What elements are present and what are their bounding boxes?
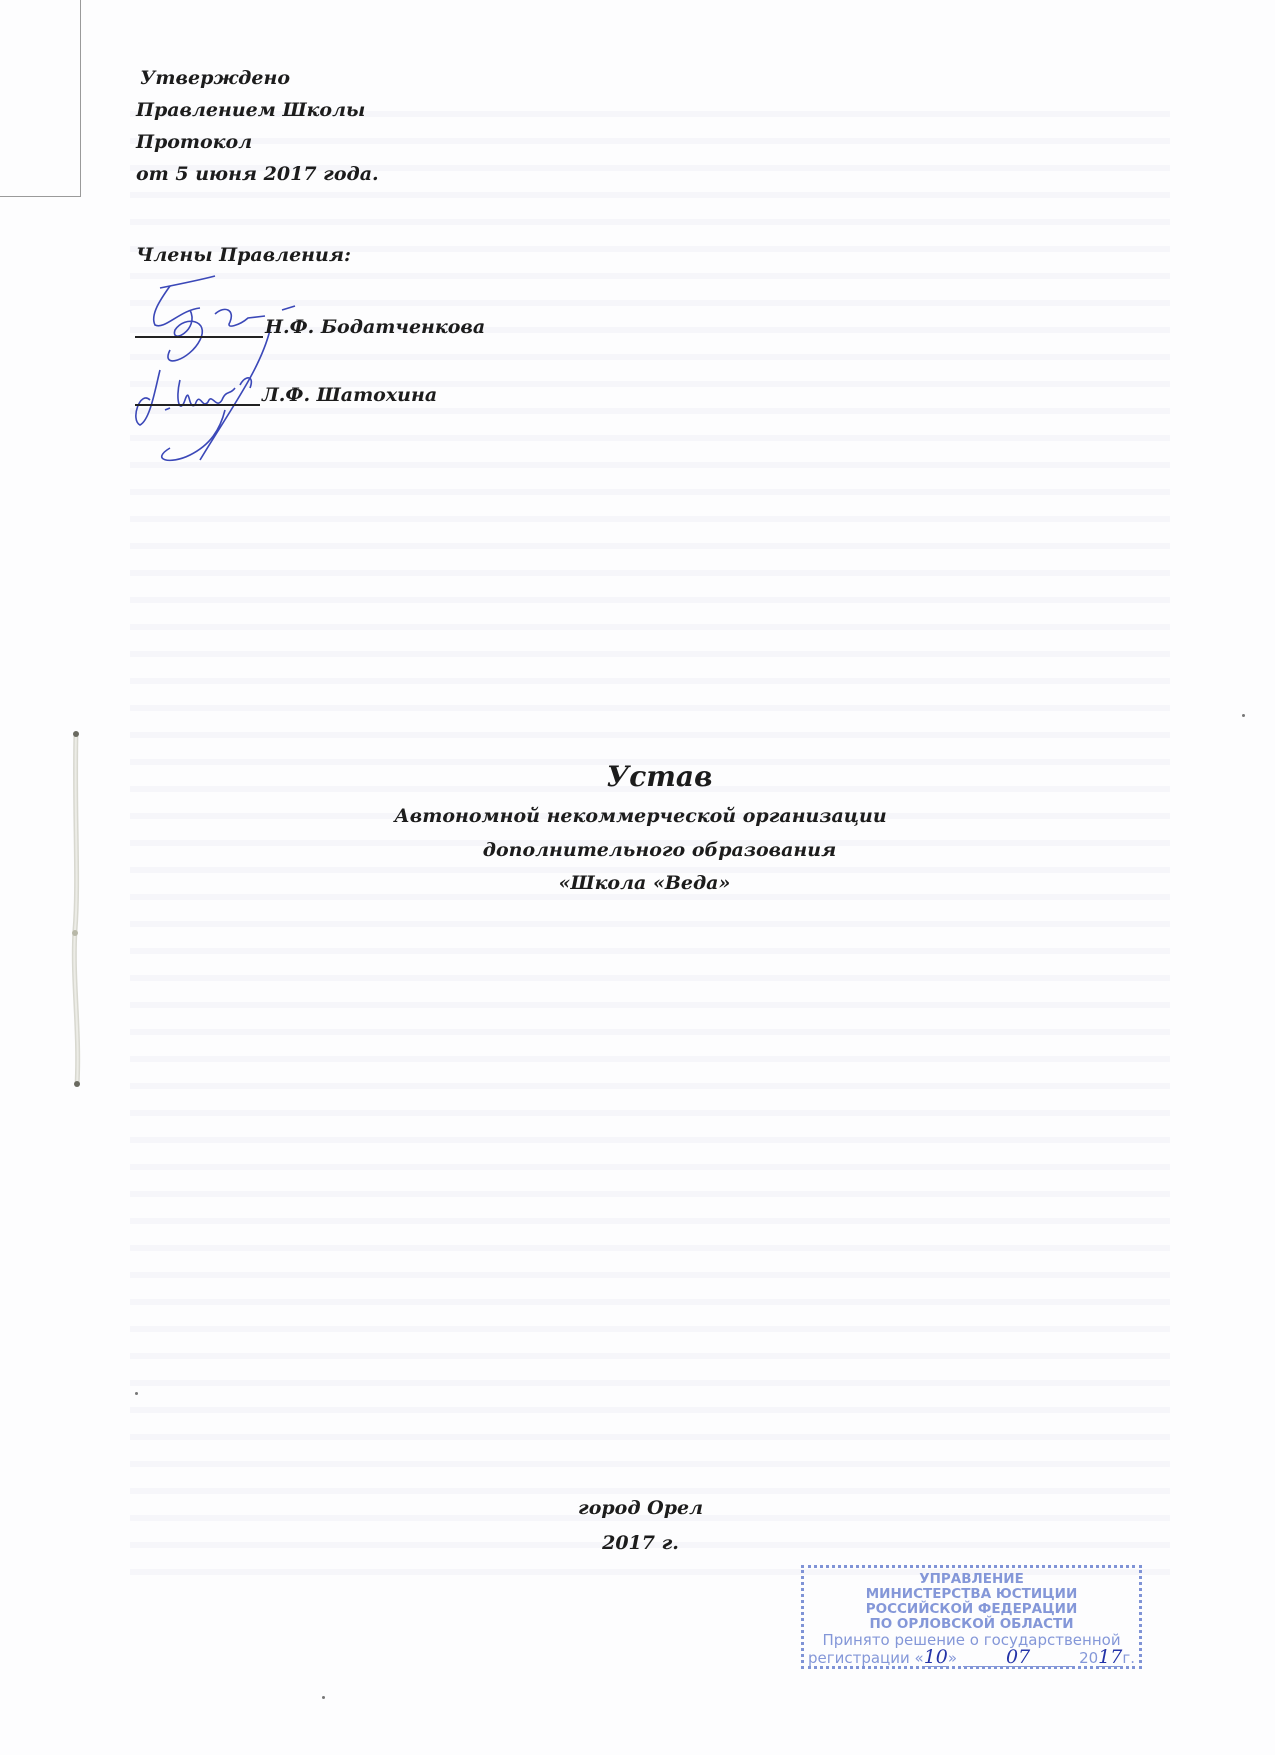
signature-line <box>135 314 263 338</box>
stamp-reg-prefix: регистрации « <box>808 1650 924 1667</box>
stamp-reg-end: г. <box>1122 1650 1135 1667</box>
document-subtitle-school-name: «Школа «Веда» <box>7 872 1275 894</box>
stamp-reg-mid: » <box>948 1650 957 1667</box>
stamp-line: МИНИСТЕРСТВА ЮСТИЦИИ <box>804 1587 1139 1602</box>
handwritten-day: 10 <box>924 1649 948 1667</box>
handwritten-signatures <box>130 270 350 470</box>
approval-body: Правлением Школы <box>136 94 379 126</box>
handwritten-year: 17 <box>1098 1649 1122 1667</box>
scan-speck <box>322 1696 325 1699</box>
scan-speck <box>135 1392 138 1395</box>
approval-date: от 5 июня 2017 года. <box>136 158 379 190</box>
stamp-decision-line: Принято решение о государственной <box>804 1632 1139 1649</box>
board-members-title: Члены Правления: <box>136 244 351 266</box>
corner-scan-edge <box>0 0 81 197</box>
registration-stamp: УПРАВЛЕНИЕ МИНИСТЕРСТВА ЮСТИЦИИ РОССИЙСК… <box>801 1565 1142 1669</box>
city-label: город Орел <box>3 1497 1275 1519</box>
stamp-year-prefix: 20 <box>1079 1650 1098 1667</box>
signer-name: Л.Ф. Шатохина <box>262 384 437 406</box>
signature-line <box>135 382 260 406</box>
signer-row: Н.Ф. Бодатченкова <box>135 314 485 338</box>
stamp-line: ПО ОРЛОВСКОЙ ОБЛАСТИ <box>804 1617 1139 1632</box>
document-subtitle-org-type: Автономной некоммерческой организации <box>3 805 1275 827</box>
handwritten-month: 07 <box>963 1649 1073 1667</box>
document-title: Устав <box>22 760 1275 793</box>
stamp-registration-date: регистрации « 10 » 07 20 17 г. <box>804 1649 1139 1667</box>
approval-block: Утверждено Правлением Школы Протокол от … <box>136 62 379 190</box>
approval-title: Утверждено <box>136 62 379 94</box>
stamp-line: УПРАВЛЕНИЕ <box>804 1572 1139 1587</box>
document-subtitle-education: дополнительного образования <box>22 839 1275 861</box>
scan-speck <box>1242 714 1245 717</box>
approval-protocol: Протокол <box>136 126 379 158</box>
year-label: 2017 г. <box>3 1532 1275 1554</box>
signer-name: Н.Ф. Бодатченкова <box>265 316 485 338</box>
stamp-line: РОССИЙСКОЙ ФЕДЕРАЦИИ <box>804 1602 1139 1617</box>
signer-row: Л.Ф. Шатохина <box>135 382 437 406</box>
